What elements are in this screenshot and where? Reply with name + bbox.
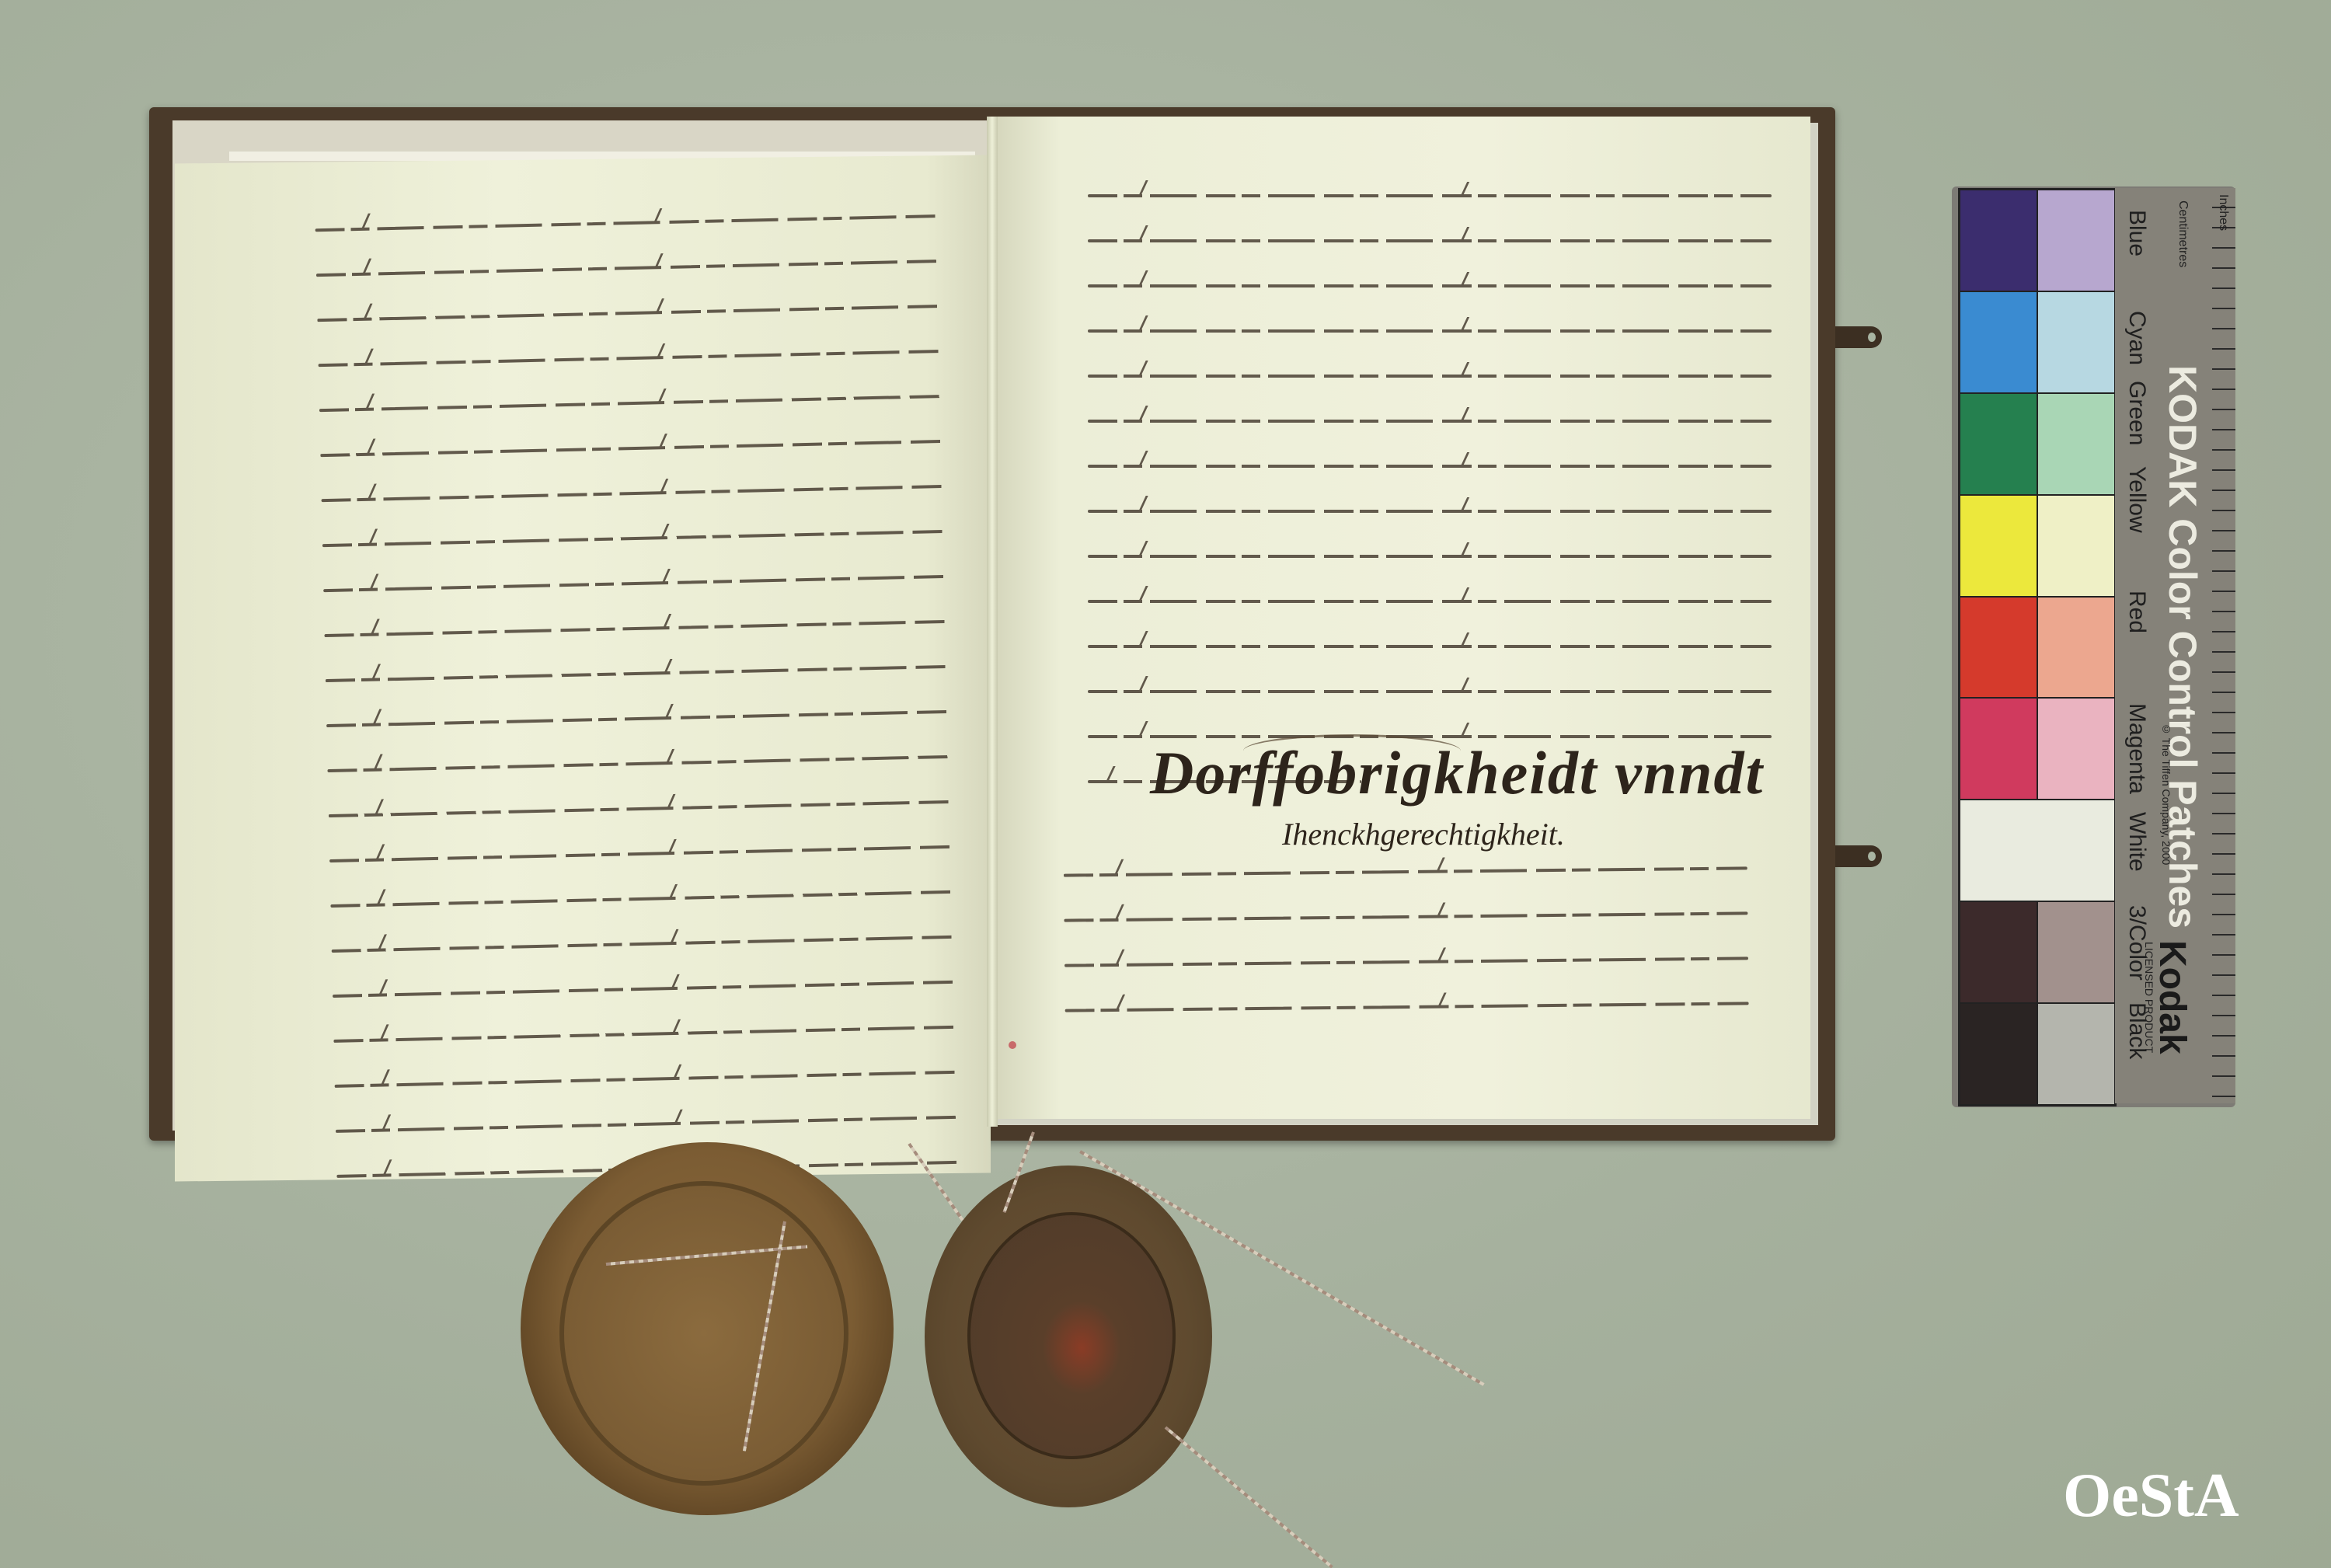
- color-name-blue: Blue: [2124, 210, 2150, 256]
- handwriting-line: [322, 485, 943, 502]
- patch-yellow-light: [2037, 495, 2115, 597]
- left-seal-interior: [559, 1181, 848, 1486]
- handwriting-line: [1064, 911, 1747, 922]
- handwriting-line: [329, 845, 951, 862]
- handwriting-line: [319, 350, 940, 367]
- patch-green-light: [2037, 393, 2115, 495]
- handwriting-line: [1088, 465, 1772, 468]
- handwriting-line: [1088, 375, 1772, 378]
- patch-red-light: [2037, 597, 2115, 699]
- handwriting-line: [1088, 329, 1772, 333]
- handwriting-line: [330, 890, 952, 908]
- patch-magenta-dark: [1960, 698, 2037, 800]
- archive-watermark: OeStA: [2063, 1461, 2239, 1531]
- ruler-label-cm: Centimetres: [2176, 200, 2190, 267]
- handwriting-line: [316, 260, 938, 277]
- handwriting-line: [326, 710, 948, 727]
- color-name-black: Black: [2124, 1002, 2150, 1059]
- handwriting-line: [1088, 645, 1772, 648]
- color-name-yellow: Yellow: [2124, 466, 2150, 533]
- patch-blue-dark: [1960, 190, 2037, 291]
- handwriting-line: [319, 395, 941, 412]
- patch-yellow-dark: [1960, 495, 2037, 597]
- color-name-3color: 3/Color: [2124, 905, 2150, 981]
- copyright-text: © The Tiffen Company, 2000: [2160, 723, 2172, 865]
- handwriting-line: [1088, 284, 1772, 287]
- patch-3color-light: [2037, 901, 2115, 1003]
- color-name-cyan: Cyan: [2124, 311, 2150, 365]
- right-seal-wax: [967, 1212, 1176, 1459]
- color-name-red: Red: [2124, 591, 2150, 633]
- patch-cyan-dark: [1960, 291, 2037, 393]
- handwriting-line: [320, 440, 942, 457]
- right-page-text-lower: [1064, 866, 1749, 1054]
- handwriting-line: [323, 575, 945, 592]
- handwriting-line: [322, 530, 944, 547]
- binding-thread: [1009, 1041, 1016, 1049]
- handwriting-line: [324, 620, 946, 637]
- handwriting-line: [1088, 420, 1772, 423]
- handwriting-line: [1065, 1002, 1749, 1012]
- patch-red-dark: [1960, 597, 2037, 699]
- left-page-text: [315, 214, 960, 1220]
- right-page-text-upper: [1088, 194, 1772, 825]
- handwriting-line: [335, 1071, 956, 1088]
- handwriting-line: [1088, 194, 1772, 197]
- handwriting-line: [333, 1026, 955, 1043]
- handwriting-line: [326, 665, 947, 682]
- patch-black-dark: [1960, 1003, 2037, 1105]
- patch-white: [1960, 800, 2115, 901]
- patch-blue-light: [2037, 190, 2115, 291]
- clasp-lower-icon: [1835, 845, 1882, 867]
- handwriting-line: [1088, 555, 1772, 558]
- color-name-green: Green: [2124, 381, 2150, 445]
- patch-cyan-light: [2037, 291, 2115, 393]
- ruler-ticks: [2212, 188, 2235, 1103]
- handwriting-line: [1088, 510, 1772, 513]
- handwriting-line: [317, 305, 939, 322]
- handwriting-line: [327, 755, 949, 772]
- handwriting-line: [329, 800, 950, 817]
- patch-black-light: [2037, 1003, 2115, 1105]
- handwriting-line: [1088, 239, 1772, 242]
- handwriting-line: [332, 936, 953, 953]
- handwriting-line: [1064, 956, 1748, 967]
- patch-magenta-light: [2037, 698, 2115, 800]
- color-name-white: White: [2124, 812, 2150, 872]
- handwriting-line: [1088, 600, 1772, 603]
- section-heading: Dorffobrigkheidt vnndt: [1150, 738, 1764, 808]
- handwriting-line: [336, 1116, 957, 1133]
- book-gutter: [987, 117, 998, 1127]
- ruler-label-inches: Inches: [2216, 194, 2230, 231]
- color-patches: [1958, 188, 2117, 1106]
- handwriting-line: [333, 981, 954, 998]
- section-subheading: Ihenckhgerechtigkheit.: [1282, 816, 1565, 852]
- kodak-logo: Kodak: [2151, 940, 2193, 1054]
- patch-green-dark: [1960, 393, 2037, 495]
- patch-3color-dark: [1960, 901, 2037, 1003]
- color-name-magenta: Magenta: [2124, 703, 2150, 794]
- handwriting-line: [1088, 690, 1772, 693]
- clasp-upper-icon: [1835, 326, 1882, 348]
